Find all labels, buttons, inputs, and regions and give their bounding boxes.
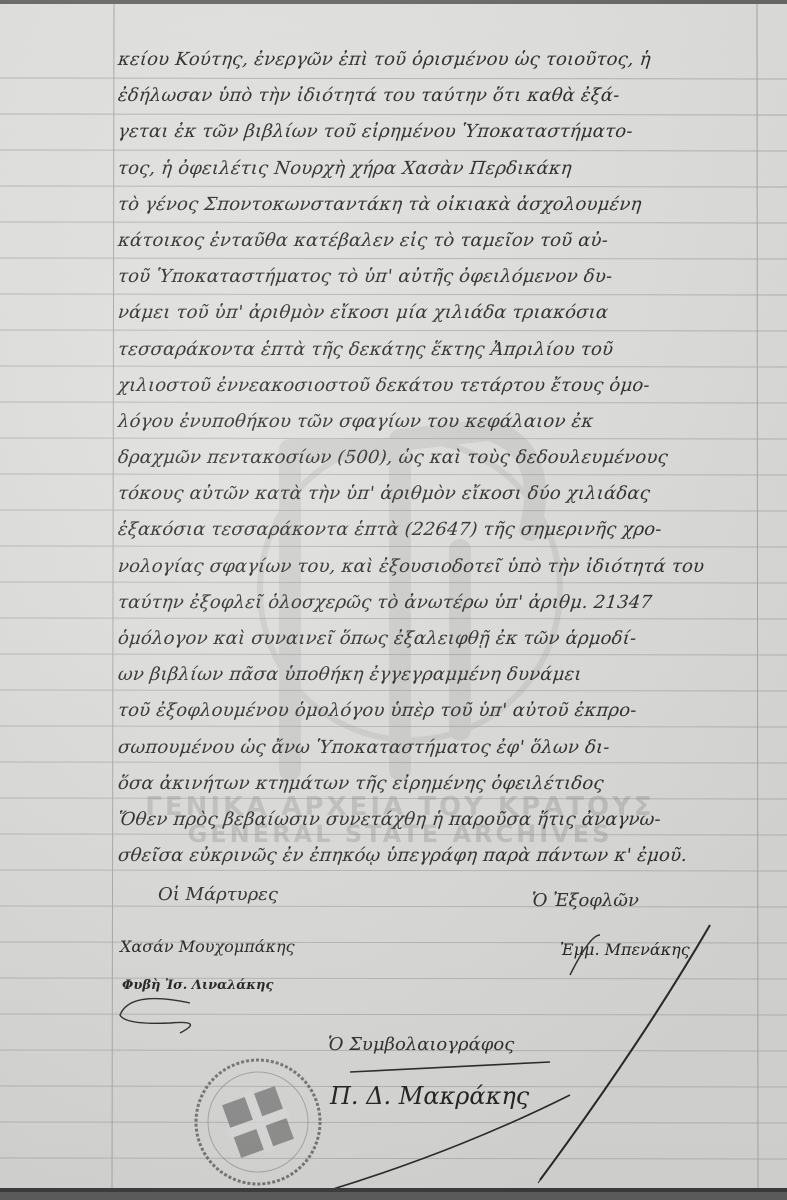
body-line: νάμει τοῦ ὑπ' ἀριθμὸν εἴκοσι μία χιλιάδα… [116, 295, 760, 331]
body-line: λόγου ἐνυποθήκου τῶν σφαγίων του κεφάλαι… [116, 404, 760, 440]
scan-top-edge [0, 0, 787, 4]
witness-signature-1: Χασάν Μουχομπάκης [120, 937, 295, 956]
body-line: τος, ἡ ὀφειλέτις Νουρχὴ χήρα Χασὰν Περδι… [116, 151, 760, 187]
body-line: κάτοικος ἐνταῦθα κατέβαλεν εἰς τὸ ταμεῖο… [116, 223, 760, 259]
notary-signature: Π. Δ. Μακράκης [330, 1082, 529, 1110]
body-line: τόκους αὐτῶν κατὰ τὴν ὑπ' ἀριθμὸν εἴκοσι… [116, 476, 760, 512]
body-line: ων βιβλίων πᾶσα ὑποθήκη ἐγγεγραμμένη δυν… [116, 657, 760, 693]
body-line: γεται ἐκ τῶν βιβλίων τοῦ εἰρημένου Ὑποκα… [116, 114, 760, 150]
scan-bottom-edge [0, 1188, 787, 1192]
notary-flourish [310, 1050, 610, 1190]
body-line: ὁμόλογον καὶ συναινεῖ ὅπως ἐξαλειφθῇ ἐκ … [116, 621, 760, 657]
body-line: κείου Κούτης, ἐνεργῶν ἐπὶ τοῦ ὁρισμένου … [116, 42, 760, 78]
body-line: τοῦ ἐξοφλουμένου ὁμολόγου ὑπὲρ τοῦ ὑπ' α… [116, 693, 760, 729]
body-line: ἐδήλωσαν ὑπὸ τὴν ἰδιότητά του ταύτην ὅτι… [116, 78, 760, 114]
body-line: ἑξακόσια τεσσαράκοντα ἑπτὰ (22647) τῆς σ… [116, 512, 760, 548]
payer-label: Ὁ Ἐξοφλῶν [532, 890, 639, 911]
witness-flourish [110, 995, 230, 1035]
body-line: χιλιοστοῦ ἐννεακοσιοστοῦ δεκάτου τετάρτο… [116, 368, 760, 404]
notary-seal [188, 1052, 328, 1192]
body-line: τεσσαράκοντα ἑπτὰ τῆς δεκάτης ἕκτης Ἀπρι… [116, 332, 760, 368]
document-page: ΓΕΝΙΚΑ ΑΡΧΕΙΑ ΤΟΥ ΚΡΑΤΟΥΣ GENERAL STATE … [0, 0, 787, 1192]
body-line: τοῦ Ὑποκαταστήματος τὸ ὑπ' αὐτῆς ὀφειλόμ… [116, 259, 760, 295]
body-line: σωπουμένου ὡς ἄνω Ὑποκαταστήματος ἐφ' ὅλ… [116, 730, 760, 766]
body-line: Ὅθεν πρὸς βεβαίωσιν συνετάχθη ἡ παροῦσα … [116, 802, 760, 838]
witness-signature-2: Φυβὴ Ἰσ. Λιναλάκης [122, 978, 273, 993]
body-line: νολογίας σφαγίων του, καὶ ἐξουσιοδοτεῖ ὑ… [116, 549, 760, 585]
witnesses-label: Οἱ Μάρτυρες [158, 884, 278, 905]
body-line: τὸ γένος Σποντοκωνσταντάκη τὰ οἰκιακὰ ἀσ… [116, 187, 760, 223]
document-body: κείου Κούτης, ἐνεργῶν ἐπὶ τοῦ ὁρισμένου … [118, 42, 758, 874]
body-line: ὅσα ἀκινήτων κτημάτων τῆς εἰρημένης ὀφει… [116, 766, 760, 802]
body-line: δραχμῶν πεντακοσίων (500), ὡς καὶ τοὺς δ… [116, 440, 760, 476]
body-line: ταύτην ἐξοφλεῖ ὁλοσχερῶς τὸ ἀνωτέρω ὑπ' … [116, 585, 760, 621]
body-line: σθεῖσα εὐκρινῶς ἐν ἐπηκόῳ ὑπεγράφη παρὰ … [116, 838, 760, 874]
